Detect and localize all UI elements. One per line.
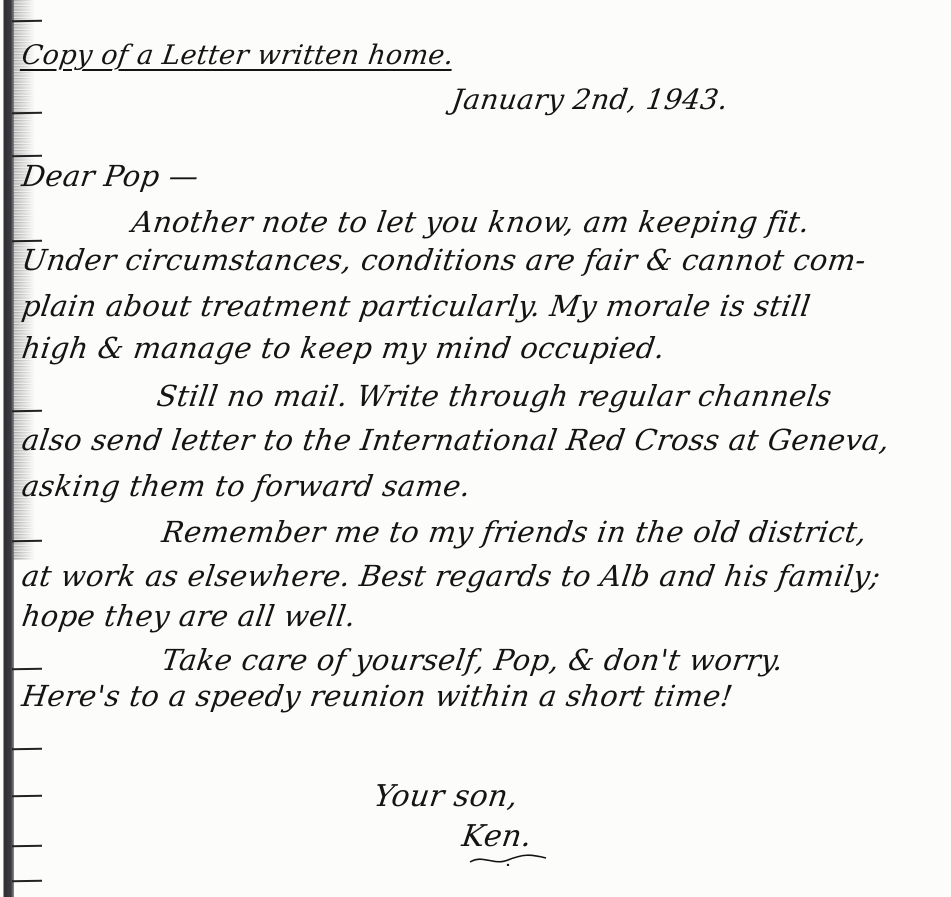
- letter-closing: Your son,: [372, 782, 520, 812]
- body-line: Under circumstances, conditions are fair…: [20, 246, 868, 275]
- binding-tick: [12, 668, 42, 670]
- letter-heading: Copy of a Letter written home.: [20, 42, 456, 69]
- binding-tick: [12, 155, 42, 157]
- letter-salutation: Dear Pop —: [20, 162, 200, 191]
- binding-tick: [12, 240, 42, 242]
- body-line: hope they are all well.: [20, 602, 357, 631]
- binding-tick: [12, 845, 42, 847]
- body-line: Another note to let you know, am keeping…: [130, 208, 811, 237]
- binding-tick: [12, 20, 42, 22]
- binding-tick: [12, 112, 42, 114]
- body-line: Take care of yourself, Pop, & don't worr…: [160, 646, 785, 675]
- binding-tick: [12, 748, 42, 750]
- binding-tick: [12, 540, 42, 542]
- body-line: Still no mail. Write through regular cha…: [155, 382, 834, 411]
- body-line: Remember me to my friends in the old dis…: [160, 518, 869, 547]
- body-line: high & manage to keep my mind occupied.: [20, 334, 667, 363]
- letter-date: January 2nd, 1943.: [450, 86, 730, 114]
- binding-tick: [12, 795, 42, 797]
- letter-signature: Ken.: [460, 822, 534, 852]
- body-line: asking them to forward same.: [20, 472, 472, 501]
- body-line: also send letter to the International Re…: [20, 426, 891, 455]
- signature-flourish: [468, 852, 548, 866]
- body-line: at work as elsewhere. Best regards to Al…: [20, 562, 882, 591]
- binding-edge: [0, 0, 14, 897]
- letter-page: Copy of a Letter written home. January 2…: [0, 0, 951, 897]
- body-line: plain about treatment particularly. My m…: [20, 292, 812, 321]
- binding-tick: [12, 410, 42, 412]
- body-line: Here's to a speedy reunion within a shor…: [20, 682, 735, 711]
- binding-tick: [12, 880, 42, 882]
